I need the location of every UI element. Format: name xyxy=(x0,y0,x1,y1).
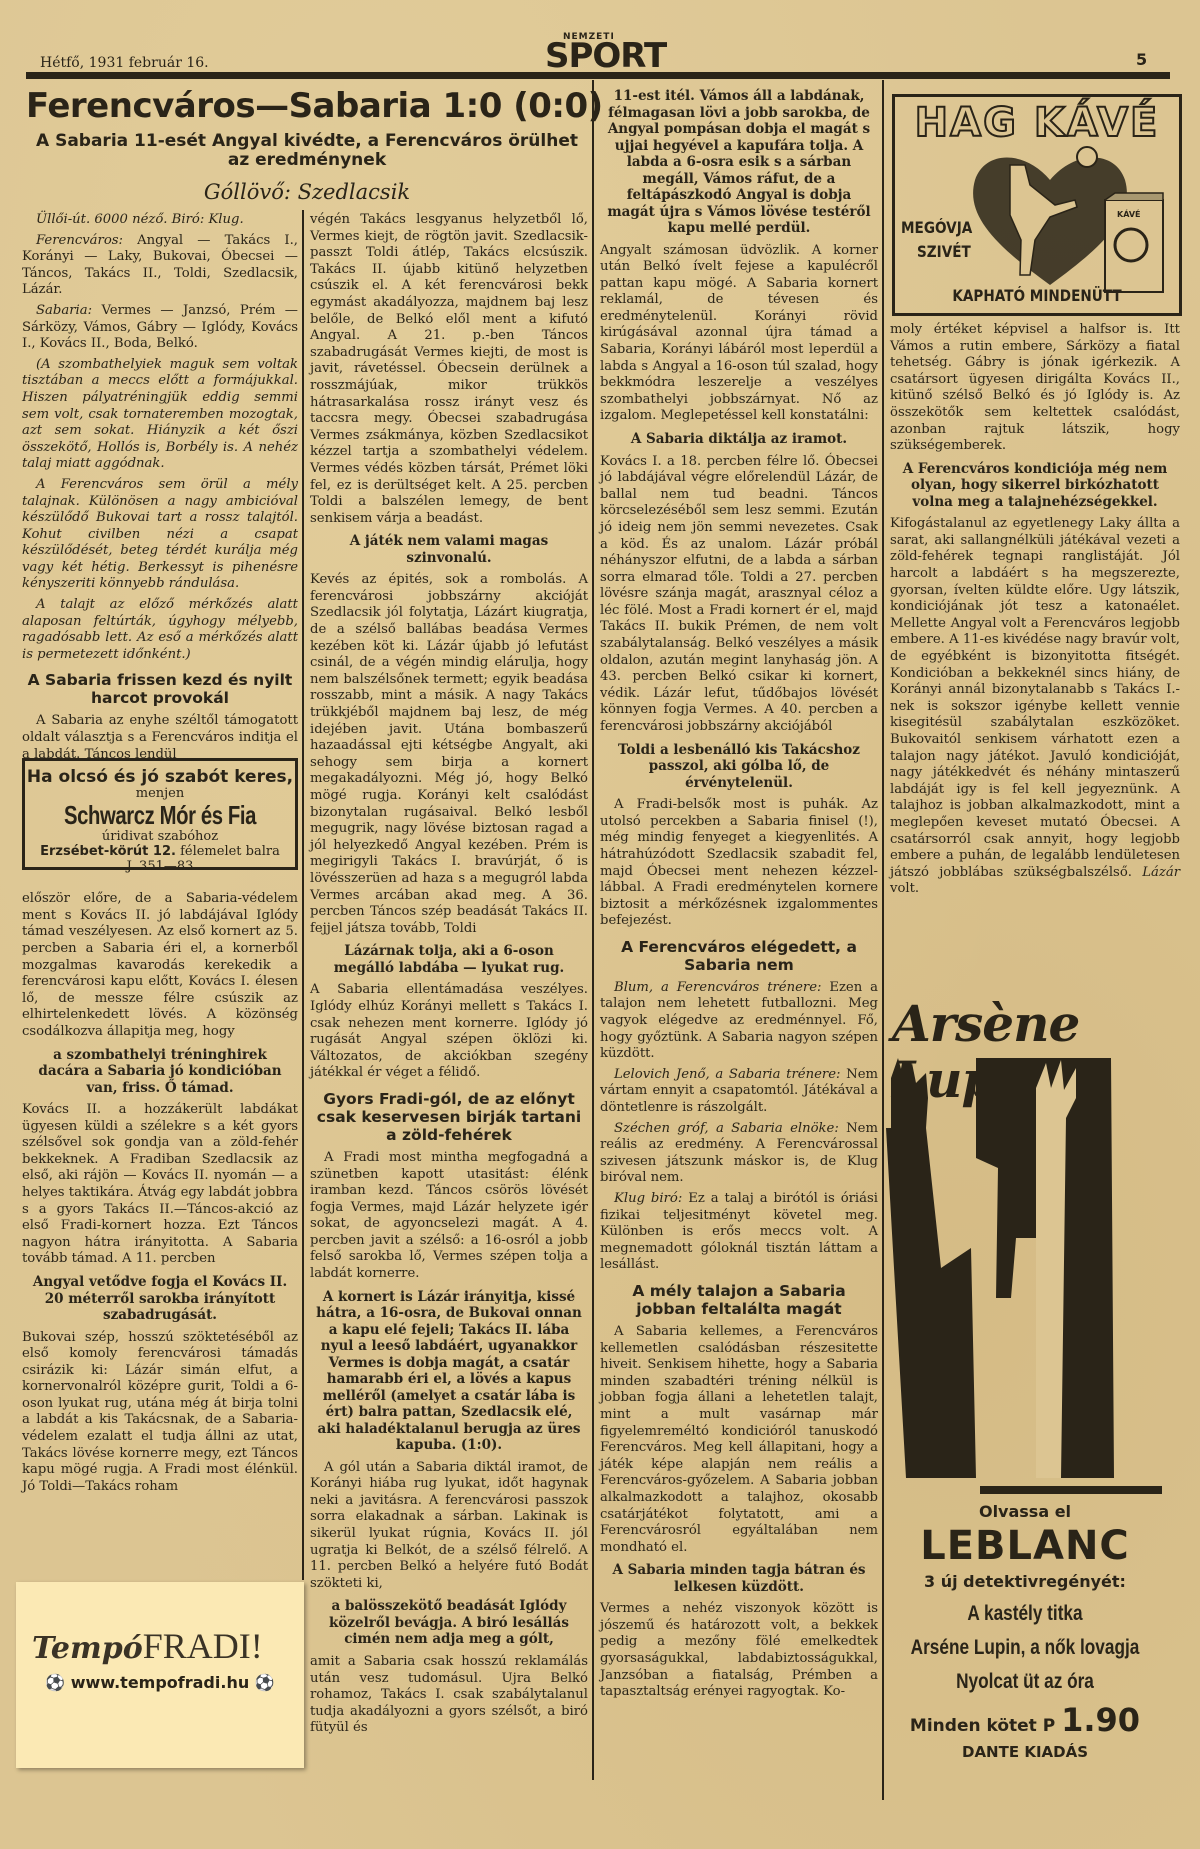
paragraph: A gól után a Sabaria diktál iramot, de K… xyxy=(310,1460,588,1593)
paragraph: A Sabaria az enyhe széltől támogatott ol… xyxy=(22,713,298,763)
column-divider xyxy=(302,210,304,1580)
paragraph: Bukovai szép, hosszú szöktetéséből az el… xyxy=(22,1330,298,1496)
intro-paragraph: A Ferencváros sem örül a mély talajnak. … xyxy=(22,477,298,593)
bold-callout: A játék nem valami magas szinvonalú. xyxy=(316,533,582,566)
paragraph: Kovács II. a hozzákerült labdákat ügyese… xyxy=(22,1102,298,1268)
bold-callout: A kornert is Lázár irányitja, kissé hátr… xyxy=(316,1289,582,1454)
bold-callout: a balösszekötő beadását Iglódy közelről … xyxy=(316,1598,582,1648)
paragraph: először előre, de a Sabaria-védelem ment… xyxy=(22,891,298,1040)
bold-callout: Lázárnak tolja, aki a 6-oson megálló lab… xyxy=(316,943,582,976)
subheading: A Ferencváros elégedett, a Sabaria nem xyxy=(600,938,878,974)
article-column-3: 11-est itél. Vámos áll a labdának, félma… xyxy=(600,88,878,1705)
lineup-ftc: Ferencváros: Angyal — Takács I., Korányi… xyxy=(22,233,298,299)
bold-callout: A Sabaria diktálja az iramot. xyxy=(606,431,872,448)
issue-date: Hétfő, 1931 február 16. xyxy=(40,55,209,71)
ad-divider xyxy=(980,1486,1162,1494)
bold-callout: 11-est itél. Vámos áll a labdának, félma… xyxy=(606,88,872,237)
ad-lupin-publisher: DANTE KIADÁS xyxy=(880,1742,1170,1762)
column-divider xyxy=(592,80,594,1780)
ad-lupin-price: Minden kötet P 1.90 xyxy=(880,1708,1170,1738)
bold-callout: Toldi a lesbenálló kis Takácshoz passzol… xyxy=(606,742,872,792)
intro-paragraph: (A szombathelyiek maguk sem voltak tiszt… xyxy=(22,357,298,473)
bold-callout: A Ferencváros kondiciója még nem olyan, … xyxy=(896,461,1174,511)
logo-main: SPORT xyxy=(545,36,666,76)
quote-lelovich: Lelovich Jenő, a Sabaria trénere: Nem vá… xyxy=(600,1067,878,1117)
watermark-url[interactable]: ⚽ www.tempofradi.hu ⚽ xyxy=(16,1674,304,1692)
lineup-sabaria: Sabaria: Vermes — Janzsó, Prém — Sárközy… xyxy=(22,303,298,353)
quote-szechen: Széchen gróf, a Sabaria elnöke: Nem reál… xyxy=(600,1121,878,1187)
subheading: A Sabaria frissen kezd és nyilt harcot p… xyxy=(22,671,298,707)
article-scorer: Góllövő: Szedlacsik xyxy=(26,180,588,204)
ad-coffee-footer: KAPHATÓ MINDENÜTT xyxy=(916,287,1157,305)
article-headline: Ferencváros—Sabaria 1:0 (0:0) xyxy=(26,86,586,126)
ad-tailor-line2: menjen xyxy=(25,787,295,801)
paragraph: moly értéket képvisel a halfsor is. Itt … xyxy=(890,322,1180,455)
svg-text:KÁVÉ: KÁVÉ xyxy=(1117,208,1141,219)
paragraph: Kovács I. a 18. percben félre lő. Óbecse… xyxy=(600,454,878,736)
bold-callout: A Sabaria minden tagja bátran és lelkese… xyxy=(606,1562,872,1595)
quote-klug: Klug biró: Ez a talaj a birótól is óriás… xyxy=(600,1191,878,1274)
ad-lupin-subtitle: 3 új detektivregényét: xyxy=(880,1572,1170,1592)
ad-coffee-slogan2: SZIVÉT xyxy=(917,243,971,261)
ad-lupin-read: Olvassa el xyxy=(880,1502,1170,1522)
watermark-brand: TempóFRADI! xyxy=(32,1628,263,1667)
article-deck: A Sabaria 11-esét Angyal kivédte, a Fere… xyxy=(26,132,588,170)
ad-tailor-address: Erzsébet-körút 12. félemelet balra xyxy=(25,844,295,859)
intro-paragraph: A talajt az előző mérkőzés alatt alaposa… xyxy=(22,597,298,663)
paragraph: A Fradi most mintha megfogadná a szünetb… xyxy=(310,1150,588,1283)
ad-lupin-book: A kastély titka xyxy=(906,1602,1144,1626)
tempofradi-watermark: TempóFRADI! ⚽ www.tempofradi.hu ⚽ xyxy=(16,1582,304,1768)
newspaper-page: Hétfő, 1931 február 16. NEMZETI SPORT 5 … xyxy=(0,0,1200,1849)
article-column-4: moly értéket képvisel a halfsor is. Itt … xyxy=(890,322,1180,902)
subheading: Gyors Fradi-gól, de az előnyt csak keser… xyxy=(310,1090,588,1144)
newspaper-logo: NEMZETI SPORT xyxy=(545,30,665,74)
ad-tailor-line1: Ha olcsó és jó szabót keres, xyxy=(25,767,295,787)
match-info: Üllői-út. 6000 néző. Biró: Klug. xyxy=(22,212,298,229)
page-number: 5 xyxy=(1136,50,1147,69)
ad-lupin-book: Nyolcat üt az óra xyxy=(906,1670,1144,1694)
ad-tailor-phone: J. 351—83 xyxy=(25,859,295,874)
bold-callout: a szombathelyi tréninghirek dacára a Sab… xyxy=(28,1047,292,1097)
football-icon: ⚽ xyxy=(255,1673,275,1692)
raised-hands-illustration xyxy=(886,1058,1176,1478)
paragraph: Angyalt számosan üdvözlik. A korner után… xyxy=(600,243,878,426)
tailor-advertisement: Ha olcsó és jó szabót keres, menjen Schw… xyxy=(22,758,298,870)
paragraph: A Fradi-belsők most is puhák. Az utolsó … xyxy=(600,797,878,930)
subheading: A mély talajon a Sabaria jobban feltalál… xyxy=(600,1282,878,1318)
book-advertisement: Arsène Lupin Olvassa el LEBLANC 3 új det… xyxy=(880,980,1190,1810)
ad-coffee-brand: HAG KÁVÉ xyxy=(895,101,1179,145)
article-column-2: végén Takács lesgyanus helyzetből lő, Ve… xyxy=(310,212,588,1741)
paragraph: A Sabaria kellemes, a Ferencváros kellem… xyxy=(600,1324,878,1556)
ad-lupin-author: LEBLANC xyxy=(880,1524,1170,1568)
football-icon: ⚽ xyxy=(45,1673,65,1692)
footballer-heart-illustration: KÁVÉ xyxy=(955,145,1165,295)
coffee-advertisement: HAG KÁVÉ KÁVÉ MEGÓVJA SZIVÉT KAPHATÓ MIN… xyxy=(892,94,1182,316)
masthead-rule xyxy=(26,72,1170,79)
quote-blum: Blum, a Ferencváros trénere: Ezen a tala… xyxy=(600,980,878,1063)
paragraph: Kevés az épités, sok a rombolás. A feren… xyxy=(310,572,588,937)
ad-lupin-book: Arséne Lupin, a nők lovagja xyxy=(906,1636,1144,1660)
paragraph: Vermes a nehéz viszonyok között is jósze… xyxy=(600,1601,878,1701)
ad-tailor-line4: úridivat szabóhoz xyxy=(25,829,295,844)
paragraph: amit a Sabaria csak hosszú reklamálás ut… xyxy=(310,1654,588,1737)
paragraph: Kifogástalanul az egyetlenegy Laky állta… xyxy=(890,516,1180,898)
ad-coffee-slogan1: MEGÓVJA xyxy=(901,219,972,237)
paragraph: A Sabaria ellentámadása veszélyes. Iglód… xyxy=(310,982,588,1082)
bold-callout: Angyal vetődve fogja el Kovács II. 20 mé… xyxy=(28,1274,292,1324)
ad-tailor-name: Schwarcz Mór és Fia xyxy=(55,801,266,829)
paragraph: végén Takács lesgyanus helyzetből lő, Ve… xyxy=(310,212,588,527)
